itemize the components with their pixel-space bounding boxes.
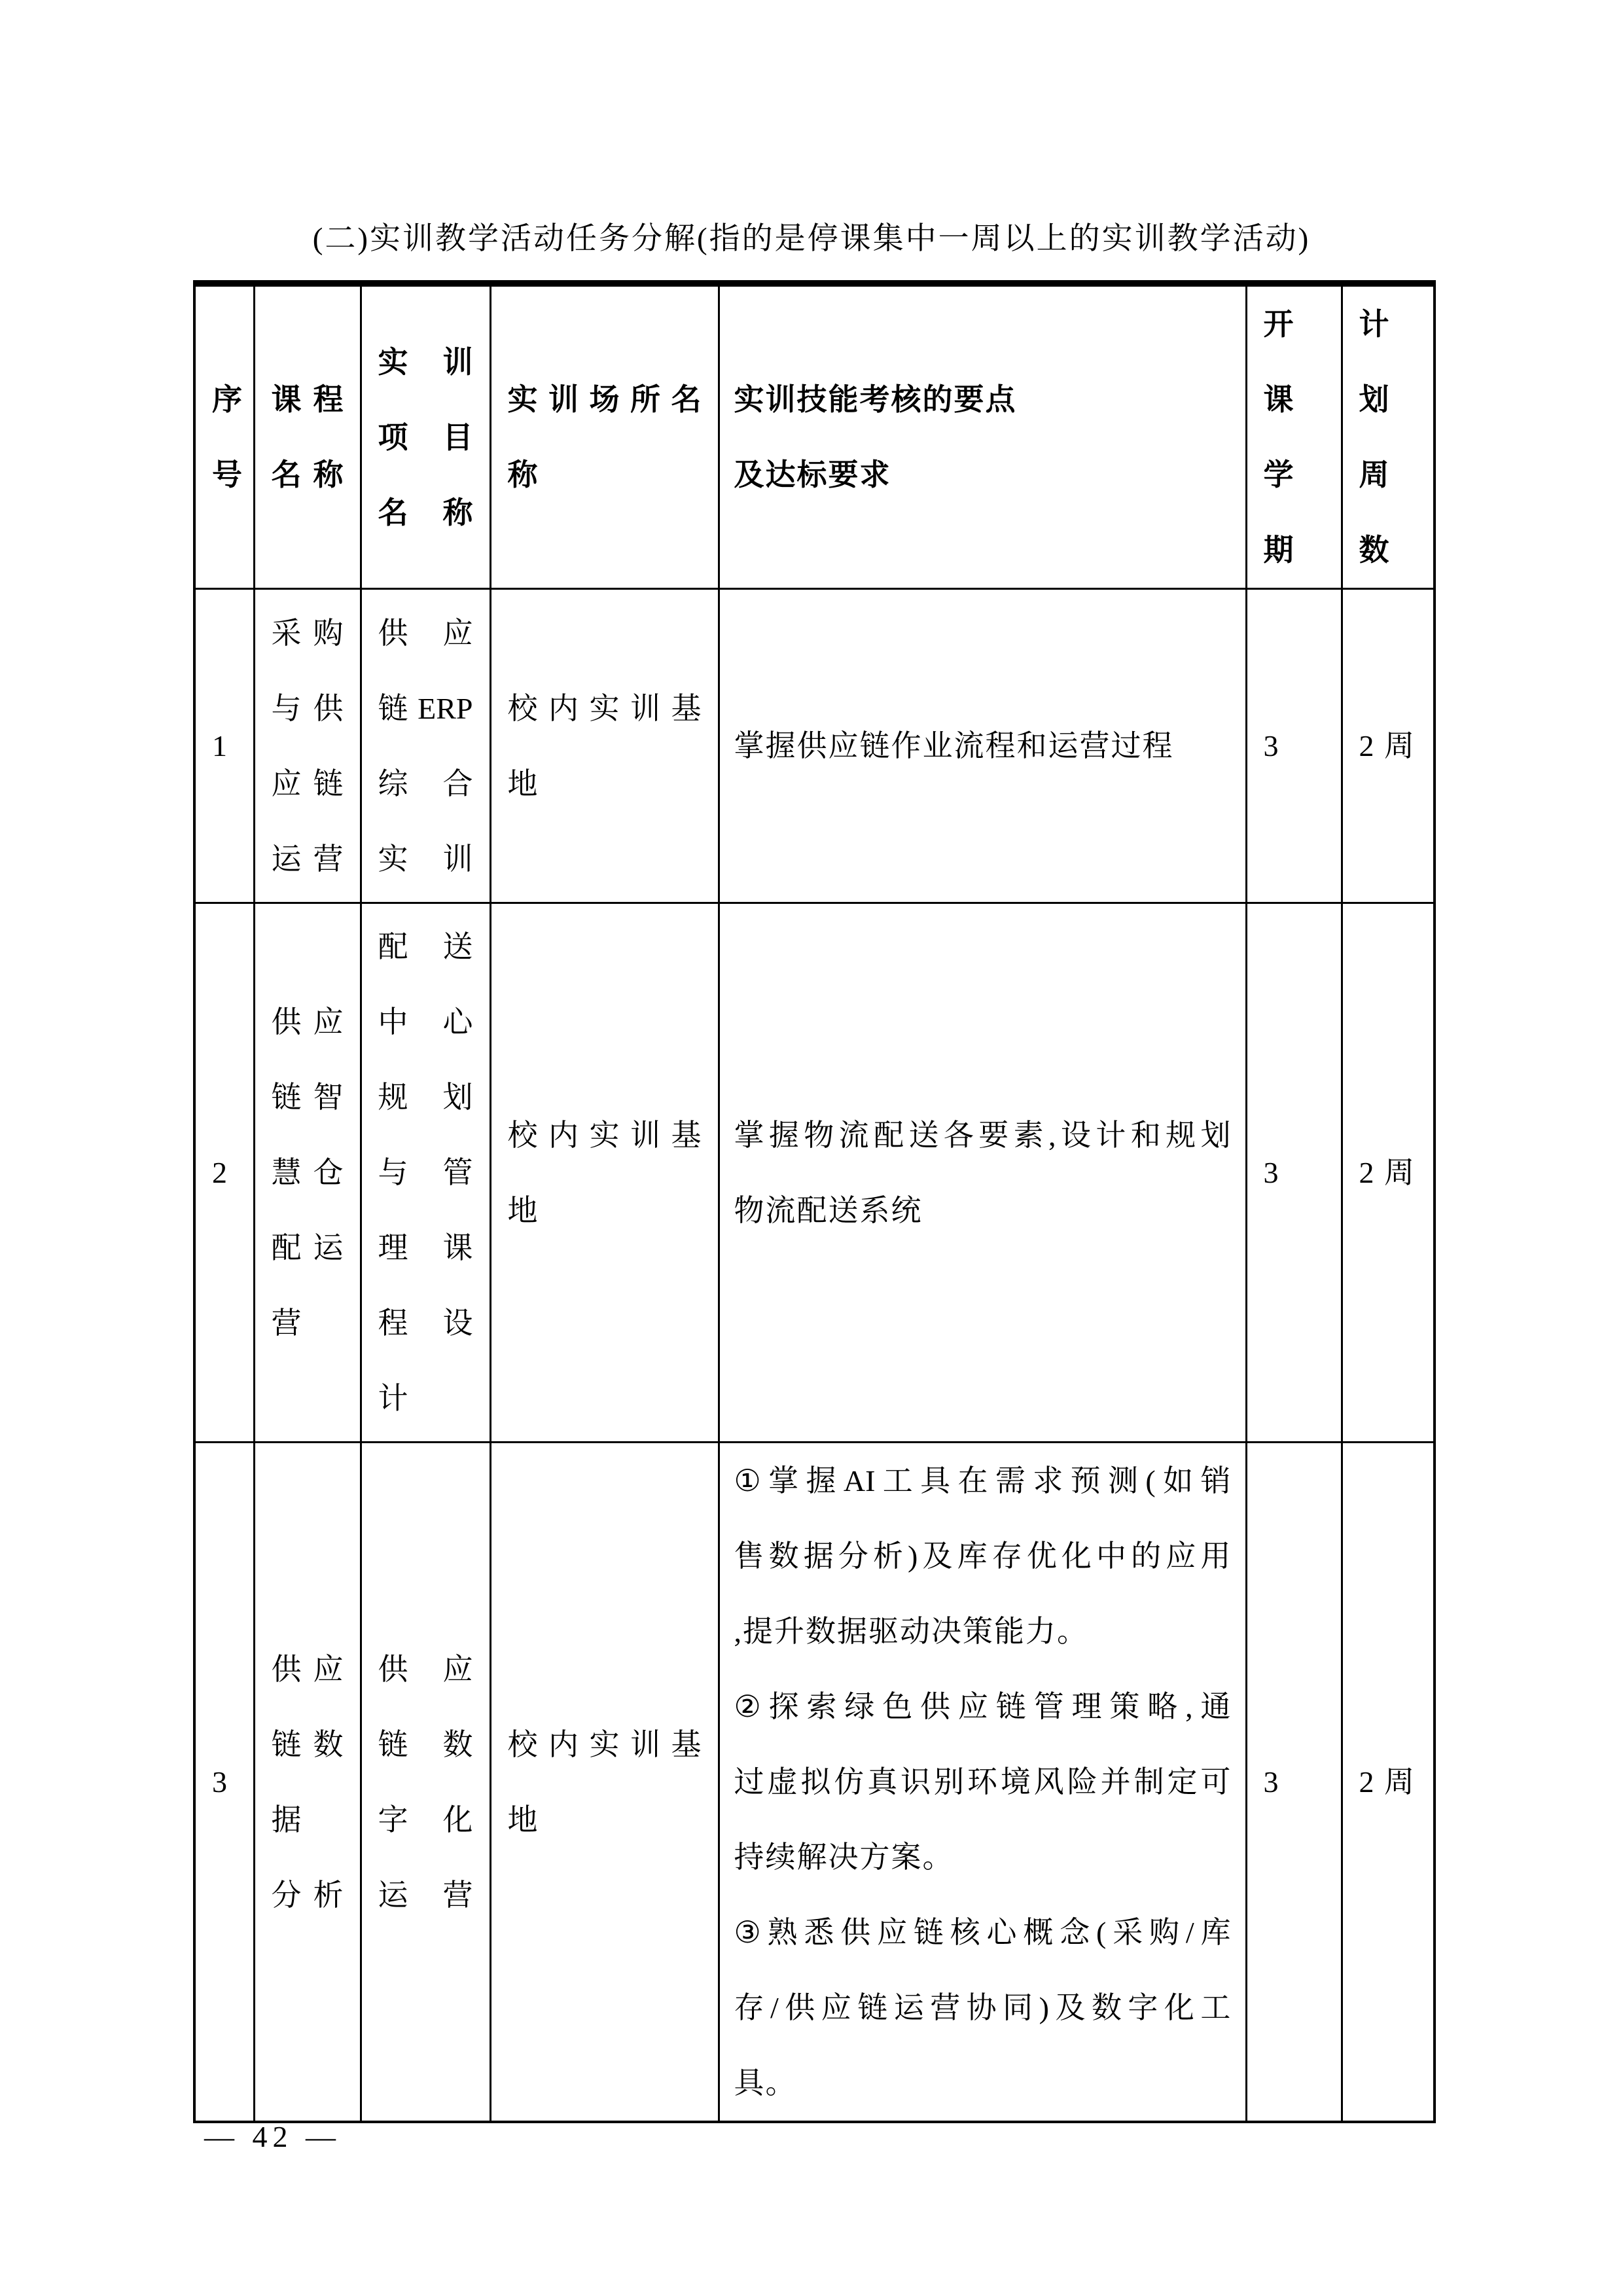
- table-row: 2 供应链智慧仓配运营 配送中心规划与管理课程设计 校内实训基地 掌握物流配送各…: [194, 903, 1435, 1443]
- header-cell-planned-weeks: 计划周数: [1342, 283, 1435, 589]
- header-cell-semester: 开课学期: [1246, 283, 1342, 589]
- cell-course-name: 供应链智慧仓配运营: [254, 903, 361, 1443]
- cell-assessment: 掌握供应链作业流程和运营过程: [719, 589, 1246, 903]
- cell-serial-number: 1: [194, 589, 254, 903]
- training-activities-table: 序号 课程名称 实训项目名称 实训场所名称 实训技能考核的要点及达标要求 开课学…: [193, 280, 1436, 2123]
- document-page: (二)实训教学活动任务分解(指的是停课集中一周以上的实训教学活动) 序号 课程名…: [0, 0, 1623, 2296]
- cell-serial-number: 3: [194, 1443, 254, 2123]
- cell-serial-number: 2: [194, 903, 254, 1443]
- cell-semester: 3: [1246, 1443, 1342, 2123]
- cell-project-name: 供应链数字化运营: [361, 1443, 490, 2123]
- cell-location-name: 校内实训基地: [490, 903, 719, 1443]
- cell-semester: 3: [1246, 589, 1342, 903]
- cell-course-name: 供应链数据分析: [254, 1443, 361, 2123]
- page-number: — 42 —: [204, 2114, 341, 2160]
- header-cell-course-name: 课程名称: [254, 283, 361, 589]
- cell-location-name: 校内实训基地: [490, 1443, 719, 2123]
- cell-assessment: ①掌握AI工具在需求预测(如销售数据分析)及库存优化中的应用,提升数据驱动决策能…: [719, 1443, 1246, 2123]
- table-row: 3 供应链数据分析 供应链数字化运营 校内实训基地 ①掌握AI工具在需求预测(如…: [194, 1443, 1435, 2123]
- cell-project-name: 供应链ERP综合实训: [361, 589, 490, 903]
- header-cell-assessment: 实训技能考核的要点及达标要求: [719, 283, 1246, 589]
- cell-planned-weeks: 2 周: [1342, 1443, 1435, 2123]
- cell-assessment: 掌握物流配送各要素,设计和规划物流配送系统: [719, 903, 1246, 1443]
- section-title: (二)实训教学活动任务分解(指的是停课集中一周以上的实训教学活动): [0, 216, 1623, 262]
- cell-location-name: 校内实训基地: [490, 589, 719, 903]
- header-cell-serial-number: 序号: [194, 283, 254, 589]
- cell-semester: 3: [1246, 903, 1342, 1443]
- cell-course-name: 采购与供应链运营: [254, 589, 361, 903]
- table-row: 1 采购与供应链运营 供应链ERP综合实训 校内实训基地 掌握供应链作业流程和运…: [194, 589, 1435, 903]
- header-cell-project-name: 实训项目名称: [361, 283, 490, 589]
- cell-planned-weeks: 2 周: [1342, 589, 1435, 903]
- table-header-row: 序号 课程名称 实训项目名称 实训场所名称 实训技能考核的要点及达标要求 开课学…: [194, 283, 1435, 589]
- cell-project-name: 配送中心规划与管理课程设计: [361, 903, 490, 1443]
- cell-planned-weeks: 2 周: [1342, 903, 1435, 1443]
- header-cell-location-name: 实训场所名称: [490, 283, 719, 589]
